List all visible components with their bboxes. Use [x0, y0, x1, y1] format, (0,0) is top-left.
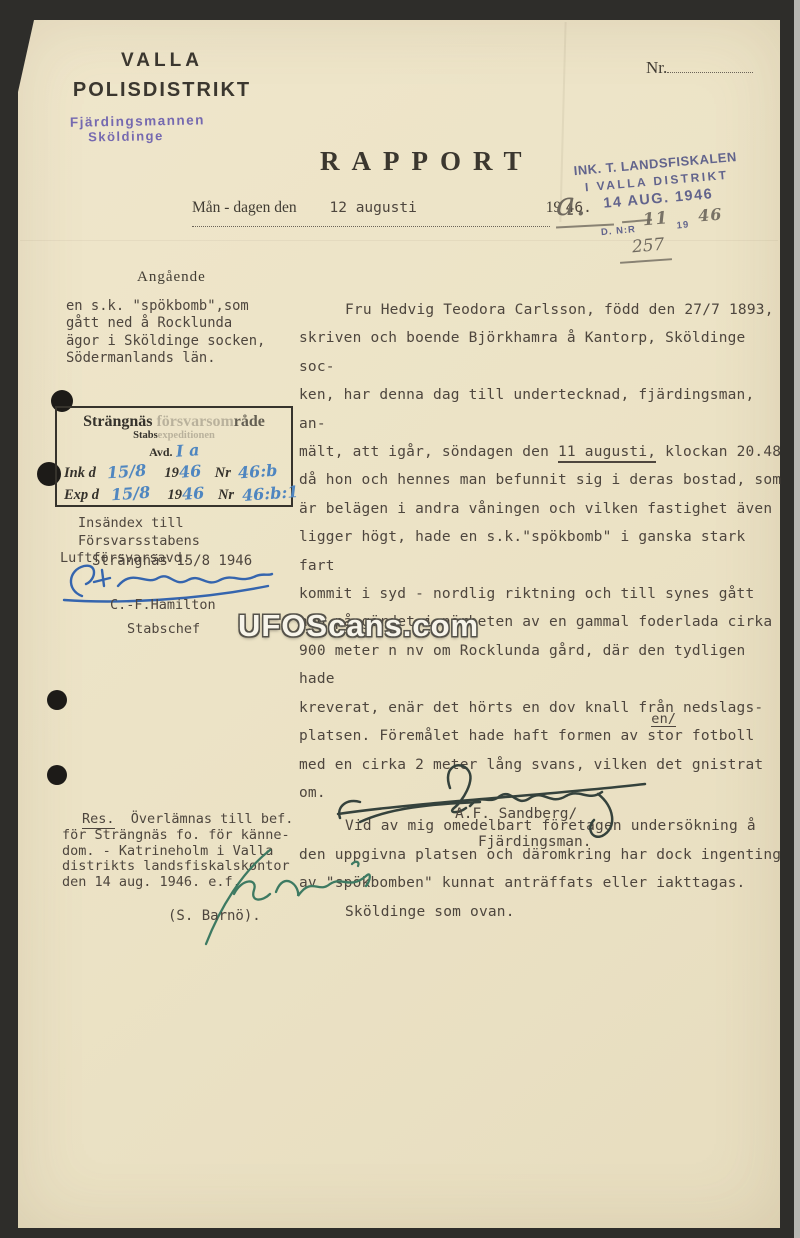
- forwarding-note-line1: Insändex till Försvarsstabens: [60, 515, 310, 550]
- regbox-ink-nr-label: Nr: [215, 465, 231, 481]
- regbox-exp-label: Exp d: [64, 487, 99, 503]
- body-line-segment: stor fotboll: [647, 728, 754, 744]
- letterhead-line1: VALLA: [70, 50, 254, 72]
- subject-heading: Angående: [137, 269, 206, 286]
- body-line: kreverat, enär det hörts en dov knall fr…: [299, 694, 783, 722]
- subject-line: ägor i Sköldinge socken,: [66, 333, 306, 350]
- date-printed-prefix: Mån - dagen den: [192, 199, 297, 216]
- subject-line: gått ned å Rocklunda: [66, 315, 306, 332]
- registration-stamp-box: Strängnäs försvarsområde Stabsexpedition…: [55, 406, 293, 507]
- watermark-text: UFOScans.com: [238, 608, 479, 644]
- regbox-unit-c: råde: [234, 413, 265, 430]
- resolution-line1: Res. Överlämnas till bef.: [62, 812, 342, 828]
- paper-crease-horizontal: [20, 240, 778, 241]
- scanner-edge: [794, 0, 800, 1238]
- subject-line: Södermanlands län.: [66, 350, 306, 367]
- handwritten-letter-a: a.: [556, 184, 586, 223]
- officer-rubber-stamp: Fjärdingsmannen Sköldinge: [70, 111, 270, 144]
- regbox-dept-line: Avd. I a: [57, 441, 291, 460]
- nr-label: Nr.: [646, 58, 667, 77]
- regbox-exp-year-handwritten: 46: [181, 483, 205, 504]
- body-line: kommit i syd - nordlig riktning och till…: [299, 580, 783, 608]
- body-line: ken, har denna dag till undertecknad, fj…: [299, 381, 783, 438]
- underlined-date: 11 augusti,: [558, 444, 656, 463]
- subject-block: en s.k. "spökbomb",som gått ned å Rocklu…: [66, 298, 306, 367]
- sandberg-signature: [330, 758, 650, 838]
- regbox-exp-nr-handwritten: 46:b:1: [241, 482, 299, 505]
- body-line-with-insertion: platsen. Föremålet hade haft formen av e…: [299, 722, 783, 750]
- regbox-exp-date-handwritten: 15/8: [110, 483, 150, 505]
- officer-stamp-line2: Sköldinge: [88, 126, 270, 144]
- typed-insertion: en/: [651, 712, 676, 727]
- regbox-staff-a: Stabs: [133, 430, 158, 441]
- regbox-ink-nr-handwritten: 46:b: [238, 461, 279, 483]
- regbox-exp-year-printed: 19: [168, 487, 183, 503]
- punch-hole: [47, 690, 67, 710]
- body-line: Fru Hedvig Teodora Carlsson, född den 27…: [299, 296, 783, 324]
- letterhead-line2: POLISDISTRIKT: [70, 79, 254, 102]
- body-line: ligger högt, hade en s.k."spökbomb" i ga…: [299, 523, 783, 580]
- report-title: RAPPORT: [320, 146, 534, 177]
- body-line: är belägen i andra våningen och vilken f…: [299, 495, 783, 523]
- subject-line: en s.k. "spökbomb",som: [66, 298, 306, 315]
- body-line-segment: klockan 20.48: [656, 444, 781, 460]
- regbox-unit-line: Strängnäs försvarsområde: [57, 413, 291, 431]
- regbox-ink-date-handwritten: 15/8: [107, 461, 147, 483]
- punch-hole: [47, 765, 67, 785]
- body-line: då hon och hennes man befunnit sig i der…: [299, 466, 783, 494]
- date-typed-day-month: 12 augusti: [330, 200, 417, 216]
- sandberg-title: Fjärdingsman.: [478, 834, 592, 850]
- scanned-document: VALLA POLISDISTRIKT Fjärdingsmannen Sköl…: [0, 0, 800, 1238]
- res-line-segment: Överlämnas till bef.: [115, 811, 294, 827]
- body-line: skriven och boende Björkhamra å Kantorp,…: [299, 324, 783, 381]
- hamilton-typed-name: C.-F.Hamilton: [110, 597, 216, 613]
- regbox-staff-line: Stabsexpeditionen: [57, 430, 291, 441]
- body-line-segment: platsen. Föremålet hade haft formen av: [299, 728, 647, 744]
- regbox-staff-b: expeditionen: [158, 430, 215, 441]
- regbox-ink-label: Ink d: [64, 465, 96, 481]
- barno-signature: [148, 846, 378, 946]
- dnr-label: D. N:R: [601, 224, 637, 238]
- regbox-exp-nr-label: Nr: [218, 487, 234, 503]
- nr-blank-line: [667, 59, 753, 73]
- nr-field: Nr.: [646, 58, 753, 78]
- sandberg-typed-name: A.F. Sandberg/: [455, 806, 577, 822]
- regbox-exp-row: Exp d 15/8 1946 Nr 46:b:1: [57, 484, 291, 504]
- insertion-anchor: en/stor fotboll: [647, 728, 754, 744]
- date-rule: [192, 226, 550, 227]
- handwritten-year: 46: [697, 205, 723, 226]
- letterhead: VALLA POLISDISTRIKT: [70, 50, 254, 102]
- handwritten-number-below: 257: [631, 235, 665, 258]
- regbox-ink-row: Ink d 15/8 1946 Nr 46:b: [57, 462, 291, 482]
- body-line: 900 meter n nv om Rocklunda gård, där de…: [299, 637, 783, 694]
- date-line: Mån - dagen den 12 augusti 19 46.: [192, 199, 592, 217]
- regbox-ink-year-printed: 19: [164, 465, 179, 481]
- hamilton-title: Stabschef: [127, 621, 200, 637]
- resolution-line: för Strängnäs fo. för känne-: [62, 828, 342, 844]
- body-line-segment: mält, att igår, söndagen den: [299, 444, 558, 460]
- regbox-unit-a: Strängnäs: [83, 413, 156, 430]
- dnr-year-printed: 19: [676, 219, 689, 231]
- regbox-unit-b: försvarsom: [156, 413, 233, 430]
- regbox-dept-handwritten: I a: [175, 440, 200, 461]
- barno-typed-name: (S. Barnö).: [168, 908, 261, 924]
- body-line-underlined: mält, att igår, söndagen den 11 augusti,…: [299, 438, 783, 466]
- regbox-ink-year-handwritten: 46: [178, 461, 202, 482]
- regbox-dept-label: Avd.: [149, 445, 172, 459]
